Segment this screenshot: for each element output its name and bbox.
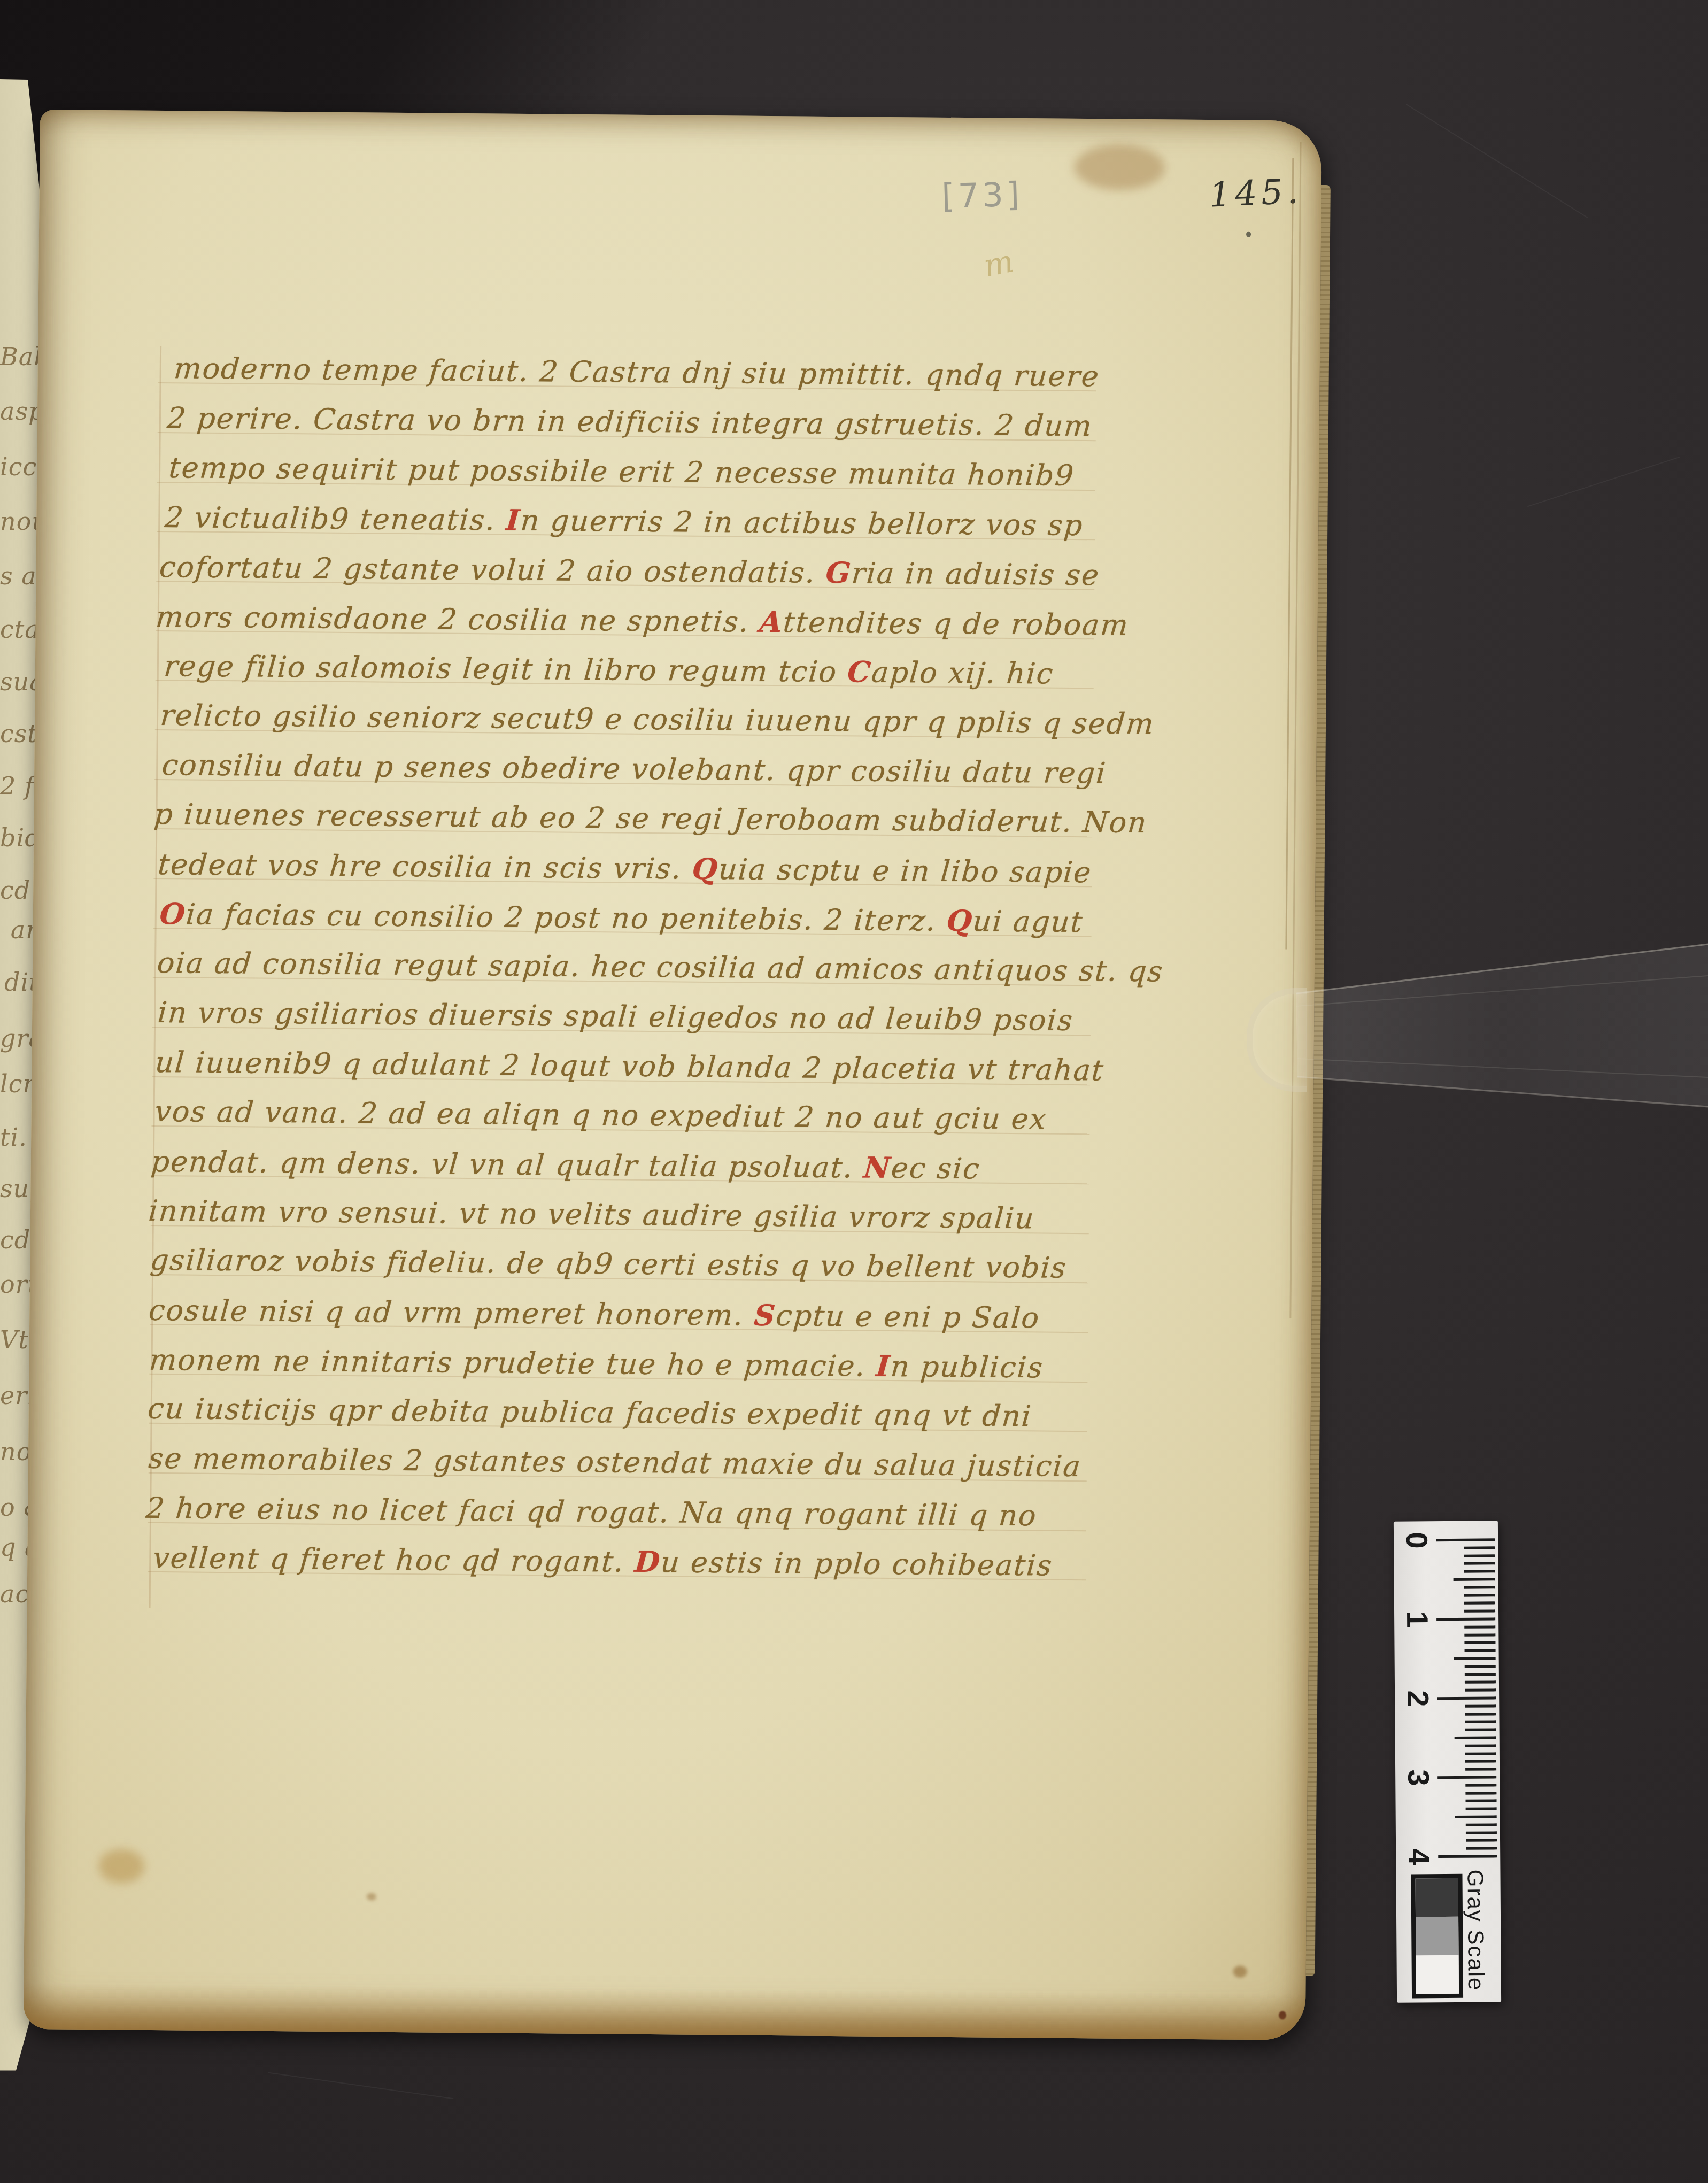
rubric-initial: G	[824, 556, 853, 590]
manuscript-line: in vros gsiliarios diuersis spali eliged…	[157, 996, 1075, 1037]
ruler-mm-tick	[1465, 1729, 1496, 1731]
ruler-mm-tick	[1465, 1752, 1496, 1755]
manuscript-line: consiliu datu p senes obedire volebant. …	[161, 748, 1108, 790]
ink-dot	[1246, 232, 1251, 237]
ruler-mm-tick	[1464, 1602, 1495, 1605]
manuscript-line: monem ne innitaris prudetie tue ho e pma…	[148, 1343, 1045, 1385]
ink-text: 2 victualib9 teneatis.	[164, 500, 507, 537]
ink-text: uia scptu e in libo sapie	[717, 852, 1093, 889]
manuscript-line: p iuuenes recesserut ab eo 2 se regi Jer…	[153, 797, 1149, 839]
ruler-cm-tick	[1437, 1776, 1496, 1779]
ruler-mm-tick	[1464, 1570, 1495, 1573]
ruler-mm-tick	[1466, 1823, 1497, 1826]
manuscript-line: 2 hore eius no licet faci qd rogat. Na q…	[145, 1491, 1039, 1533]
ruler-number: 3	[1401, 1769, 1436, 1786]
ruler-number: 2	[1401, 1690, 1435, 1707]
ruler-mm-tick	[1455, 1736, 1496, 1739]
ruler-mm-tick	[1454, 1657, 1496, 1660]
ink-text: oia ad consilia regut sapia. hec cosilia…	[156, 946, 1165, 988]
ink-text: vellent q fieret hoc qd rogant.	[152, 1541, 636, 1579]
ruler-mm-tick	[1466, 1847, 1497, 1850]
manuscript-line: oia ad consilia regut sapia. hec cosilia…	[156, 946, 1165, 988]
manuscript-line: vellent q fieret hoc qd rogant. Du estis…	[152, 1540, 1054, 1583]
ink-text: cofortatu 2 gstante volui 2 aio ostendat…	[158, 550, 827, 590]
stain	[367, 1893, 376, 1900]
ink-text: cptu e eni p Salo	[775, 1299, 1041, 1335]
manuscript-line: cu iusticijs qpr debita publica facedis …	[146, 1392, 1033, 1433]
ruler-mm-tick	[1465, 1800, 1496, 1802]
ruler-mm-tick	[1454, 1578, 1495, 1581]
ink-text: ttendites q de roboam	[782, 605, 1131, 642]
ink-text: consiliu datu p senes obedire volebant. …	[161, 748, 1108, 790]
ink-text: mors comisdaone 2 cosilia ne spnetis.	[154, 600, 761, 639]
ink-text: moderno tempe faciut. 2 Castra dnj siu p…	[173, 351, 1101, 393]
manuscript-line: Oia facias cu consilio 2 post no peniteb…	[158, 897, 1085, 939]
manuscript-line: mors comisdaone 2 cosilia ne spnetis. At…	[154, 599, 1130, 642]
manuscript-line: se memorabiles 2 gstantes ostendat maxie…	[148, 1441, 1083, 1483]
ruler-number: 0	[1400, 1532, 1434, 1549]
ruler-cm-tick	[1436, 1538, 1495, 1541]
stain	[98, 1849, 145, 1884]
rubric-initial: Q	[945, 904, 974, 938]
manuscript-line: tempo sequirit put possibile erit 2 nece…	[168, 451, 1076, 492]
manuscript-line: 2 perire. Castra vo brn in edificiis int…	[166, 401, 1094, 443]
ink-text: in vros gsiliarios diuersis spali eliged…	[157, 996, 1075, 1037]
ink-text: cosule nisi q ad vrm pmeret honorem.	[148, 1293, 755, 1332]
ruler-mm-tick	[1464, 1633, 1495, 1636]
grayscale-patches	[1411, 1874, 1463, 1999]
ruler-mm-tick	[1464, 1562, 1495, 1565]
ruler-mm-tick	[1464, 1554, 1495, 1557]
manuscript-line: vos ad vana. 2 ad ea aliqn q no expediut…	[153, 1094, 1048, 1136]
manuscript-line: cosule nisi q ad vrm pmeret honorem. Scp…	[148, 1293, 1041, 1335]
rubric-initial: A	[759, 605, 785, 639]
manuscript-line: gsiliaroz vobis fideliu. de qb9 certi es…	[149, 1243, 1068, 1285]
ruler-mm-tick	[1464, 1546, 1495, 1549]
ruler-mm-tick	[1465, 1792, 1496, 1794]
ruler-mm-tick	[1464, 1625, 1495, 1628]
ruler-mm-tick	[1465, 1665, 1496, 1668]
manuscript-line: relicto gsilio seniorz secut9 e cosiliu …	[159, 698, 1156, 740]
ruler-mm-tick	[1465, 1721, 1496, 1723]
transparent-strap-fan	[1287, 866, 1708, 1144]
ruler-number: 1	[1400, 1611, 1435, 1628]
ink-text: ui agut	[972, 904, 1085, 939]
grayscale-patch	[1416, 1955, 1459, 1994]
ruler-mm-tick	[1464, 1586, 1495, 1588]
ink-text: p iuuenes recesserut ab eo 2 se regi Jer…	[153, 797, 1149, 839]
ruler-mm-tick	[1464, 1594, 1495, 1596]
manuscript-line: tedeat vos hre cosilia in scis vris. Qui…	[157, 847, 1093, 889]
ink-text: gsiliaroz vobis fideliu. de qb9 certi es…	[149, 1243, 1068, 1285]
ink-text: cu iusticijs qpr debita publica facedis …	[146, 1392, 1033, 1433]
ruler-mm-tick	[1465, 1713, 1496, 1715]
ruler-mm-tick	[1465, 1768, 1496, 1771]
manuscript-line: innitam vro sensui. vt no velits audire …	[148, 1194, 1036, 1235]
manuscript-line: rege filio salomois legit in libro regum…	[163, 649, 1055, 690]
ruler-mm-tick	[1464, 1610, 1495, 1613]
ink-text: 2 hore eius no licet faci qd rogat. Na q…	[145, 1491, 1039, 1533]
ruler-cm-tick	[1436, 1617, 1495, 1621]
rubric-initial: D	[633, 1545, 662, 1579]
ruler-mm-tick	[1464, 1641, 1495, 1644]
pencil-foliation: [73]	[941, 174, 1023, 215]
ruler-cm-tick	[1438, 1855, 1497, 1858]
grayscale-label: Gray Scale	[1456, 1869, 1489, 1997]
ink-text: ria in aduisis se	[851, 556, 1101, 592]
ruler-mm-tick	[1465, 1681, 1496, 1684]
manuscript-photo: Babedoneasprnsiticcaui qrnoui gustas asa…	[0, 0, 1708, 2183]
offset-ink-mark: m	[980, 243, 1016, 284]
ink-text: aplo xij. hic	[870, 655, 1055, 691]
manuscript-line: ul iuuenib9 q adulant 2 loqut vob blanda…	[154, 1045, 1106, 1087]
rubric-initial: S	[753, 1298, 777, 1332]
rubric-initial: O	[158, 897, 187, 931]
ink-text: ia facias cu consilio 2 post no penitebi…	[184, 897, 948, 937]
grayscale-patch	[1416, 1878, 1459, 1917]
ink-text: 2 perire. Castra vo brn in edificiis int…	[166, 401, 1094, 443]
manuscript-line: pendat. qm dens. vl vn al qualr talia ps…	[150, 1144, 981, 1185]
ink-text: tempo sequirit put possibile erit 2 nece…	[168, 451, 1076, 492]
ink-text: ul iuuenib9 q adulant 2 loqut vob blanda…	[154, 1045, 1106, 1087]
ruler-mm-tick	[1466, 1808, 1497, 1810]
ink-page-number: 145.	[1208, 172, 1303, 215]
ink-text: relicto gsilio seniorz secut9 e cosiliu …	[159, 698, 1156, 740]
manuscript-line: moderno tempe faciut. 2 Castra dnj siu p…	[173, 351, 1101, 393]
ink-text: n publicis	[890, 1349, 1045, 1384]
manuscript-line: 2 victualib9 teneatis. In guerris 2 in a…	[164, 500, 1085, 542]
ruler-mm-tick	[1466, 1839, 1497, 1842]
ink-text: rege filio salomois legit in libro regum…	[163, 649, 849, 689]
ruler-mm-tick	[1465, 1649, 1496, 1652]
ruler-cm-tick	[1437, 1696, 1496, 1700]
rubric-initial: Q	[691, 852, 720, 886]
ruler-mm-tick	[1465, 1673, 1496, 1676]
ink-text: pendat. qm dens. vl vn al qualr talia ps…	[150, 1145, 865, 1185]
ruler-mm-tick	[1455, 1815, 1497, 1818]
grayscale-ruler: Gray Scale 01234	[1394, 1521, 1501, 2002]
rubric-initial: C	[846, 654, 873, 689]
ruler-number: 4	[1402, 1848, 1436, 1865]
ruler-mm-tick	[1465, 1760, 1496, 1763]
stain	[1233, 1966, 1247, 1978]
ink-text: tedeat vos hre cosilia in scis vris.	[157, 847, 693, 886]
ink-text: n guerris 2 in actibus bellorz vos sp	[520, 504, 1085, 542]
rubric-initial: N	[862, 1151, 892, 1185]
ruler-mm-tick	[1465, 1784, 1496, 1786]
ink-text: innitam vro sensui. vt no velits audire …	[148, 1194, 1036, 1235]
ink-text: monem ne innitaris prudetie tue ho e pma…	[148, 1343, 877, 1383]
ink-text: u estis in pplo cohibeatis	[660, 1545, 1054, 1582]
manuscript-page: moderno tempe faciut. 2 Castra dnj siu p…	[24, 110, 1322, 2040]
stain	[1074, 144, 1165, 190]
ruler-mm-tick	[1466, 1831, 1497, 1834]
manuscript-line: cofortatu 2 gstante volui 2 aio ostendat…	[158, 550, 1101, 592]
grayscale-patch	[1416, 1917, 1459, 1956]
ink-text: se memorabiles 2 gstantes ostendat maxie…	[148, 1441, 1083, 1483]
ink-text: ec sic	[890, 1151, 982, 1185]
ruler-mm-tick	[1465, 1744, 1496, 1747]
ruler-mm-tick	[1465, 1704, 1496, 1707]
leaf-edge-line	[1285, 158, 1294, 949]
ruler-mm-tick	[1465, 1689, 1496, 1692]
ink-text: vos ad vana. 2 ad ea aliqn q no expediut…	[153, 1094, 1048, 1136]
